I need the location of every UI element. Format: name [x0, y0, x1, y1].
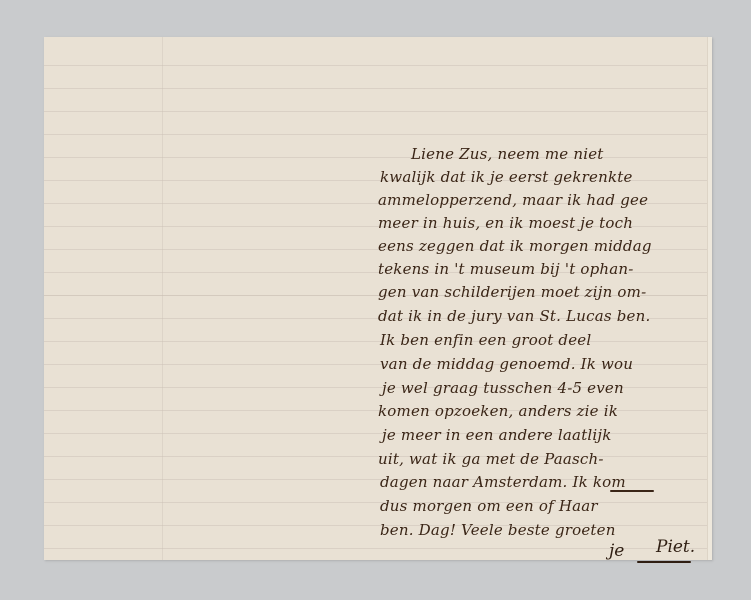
letter-line-11: je wel graag tusschen 4-5 even	[382, 379, 624, 397]
letter-line-10: van de middag genoemd. Ik wou	[380, 355, 633, 373]
letter-line-9: Ik ben enfin een groot deel	[380, 331, 591, 349]
ink-flourish	[610, 490, 654, 492]
letter-line-4: meer in huis, en ik moest je toch	[378, 214, 633, 232]
letter-line-15: dagen naar Amsterdam. Ik kom	[380, 473, 626, 491]
letter-line-14: uit, wat ik ga met de Paasch-	[378, 450, 604, 468]
signature-underline	[637, 561, 691, 563]
letter-line-3: ammelopperzend, maar ik had gee	[378, 191, 648, 209]
letter-line-1: Liene Zus, neem me niet	[411, 145, 604, 163]
closing-word: je	[609, 541, 624, 561]
letter-line-17: ben. Dag! Veele beste groeten	[380, 521, 616, 539]
letter-line-5: eens zeggen dat ik morgen middag	[378, 237, 652, 255]
letter-line-6: tekens in 't museum bij 't ophan-	[378, 260, 634, 278]
letter-line-8: dat ik in de jury van St. Lucas ben.	[378, 307, 650, 325]
letter-line-7: gen van schilderijen moet zijn om-	[378, 283, 646, 301]
letter-line-2: kwalijk dat ik je eerst gekrenkte	[380, 168, 633, 186]
letter-paper: Liene Zus, neem me niet kwalijk dat ik j…	[44, 37, 712, 560]
handwritten-text: Liene Zus, neem me niet kwalijk dat ik j…	[44, 37, 712, 560]
signature: Piet.	[656, 537, 695, 557]
letter-line-16: dus morgen om een of Haar	[380, 497, 598, 515]
letter-line-13: je meer in een andere laatlijk	[382, 426, 612, 444]
letter-line-12: komen opzoeken, anders zie ik	[378, 402, 618, 420]
